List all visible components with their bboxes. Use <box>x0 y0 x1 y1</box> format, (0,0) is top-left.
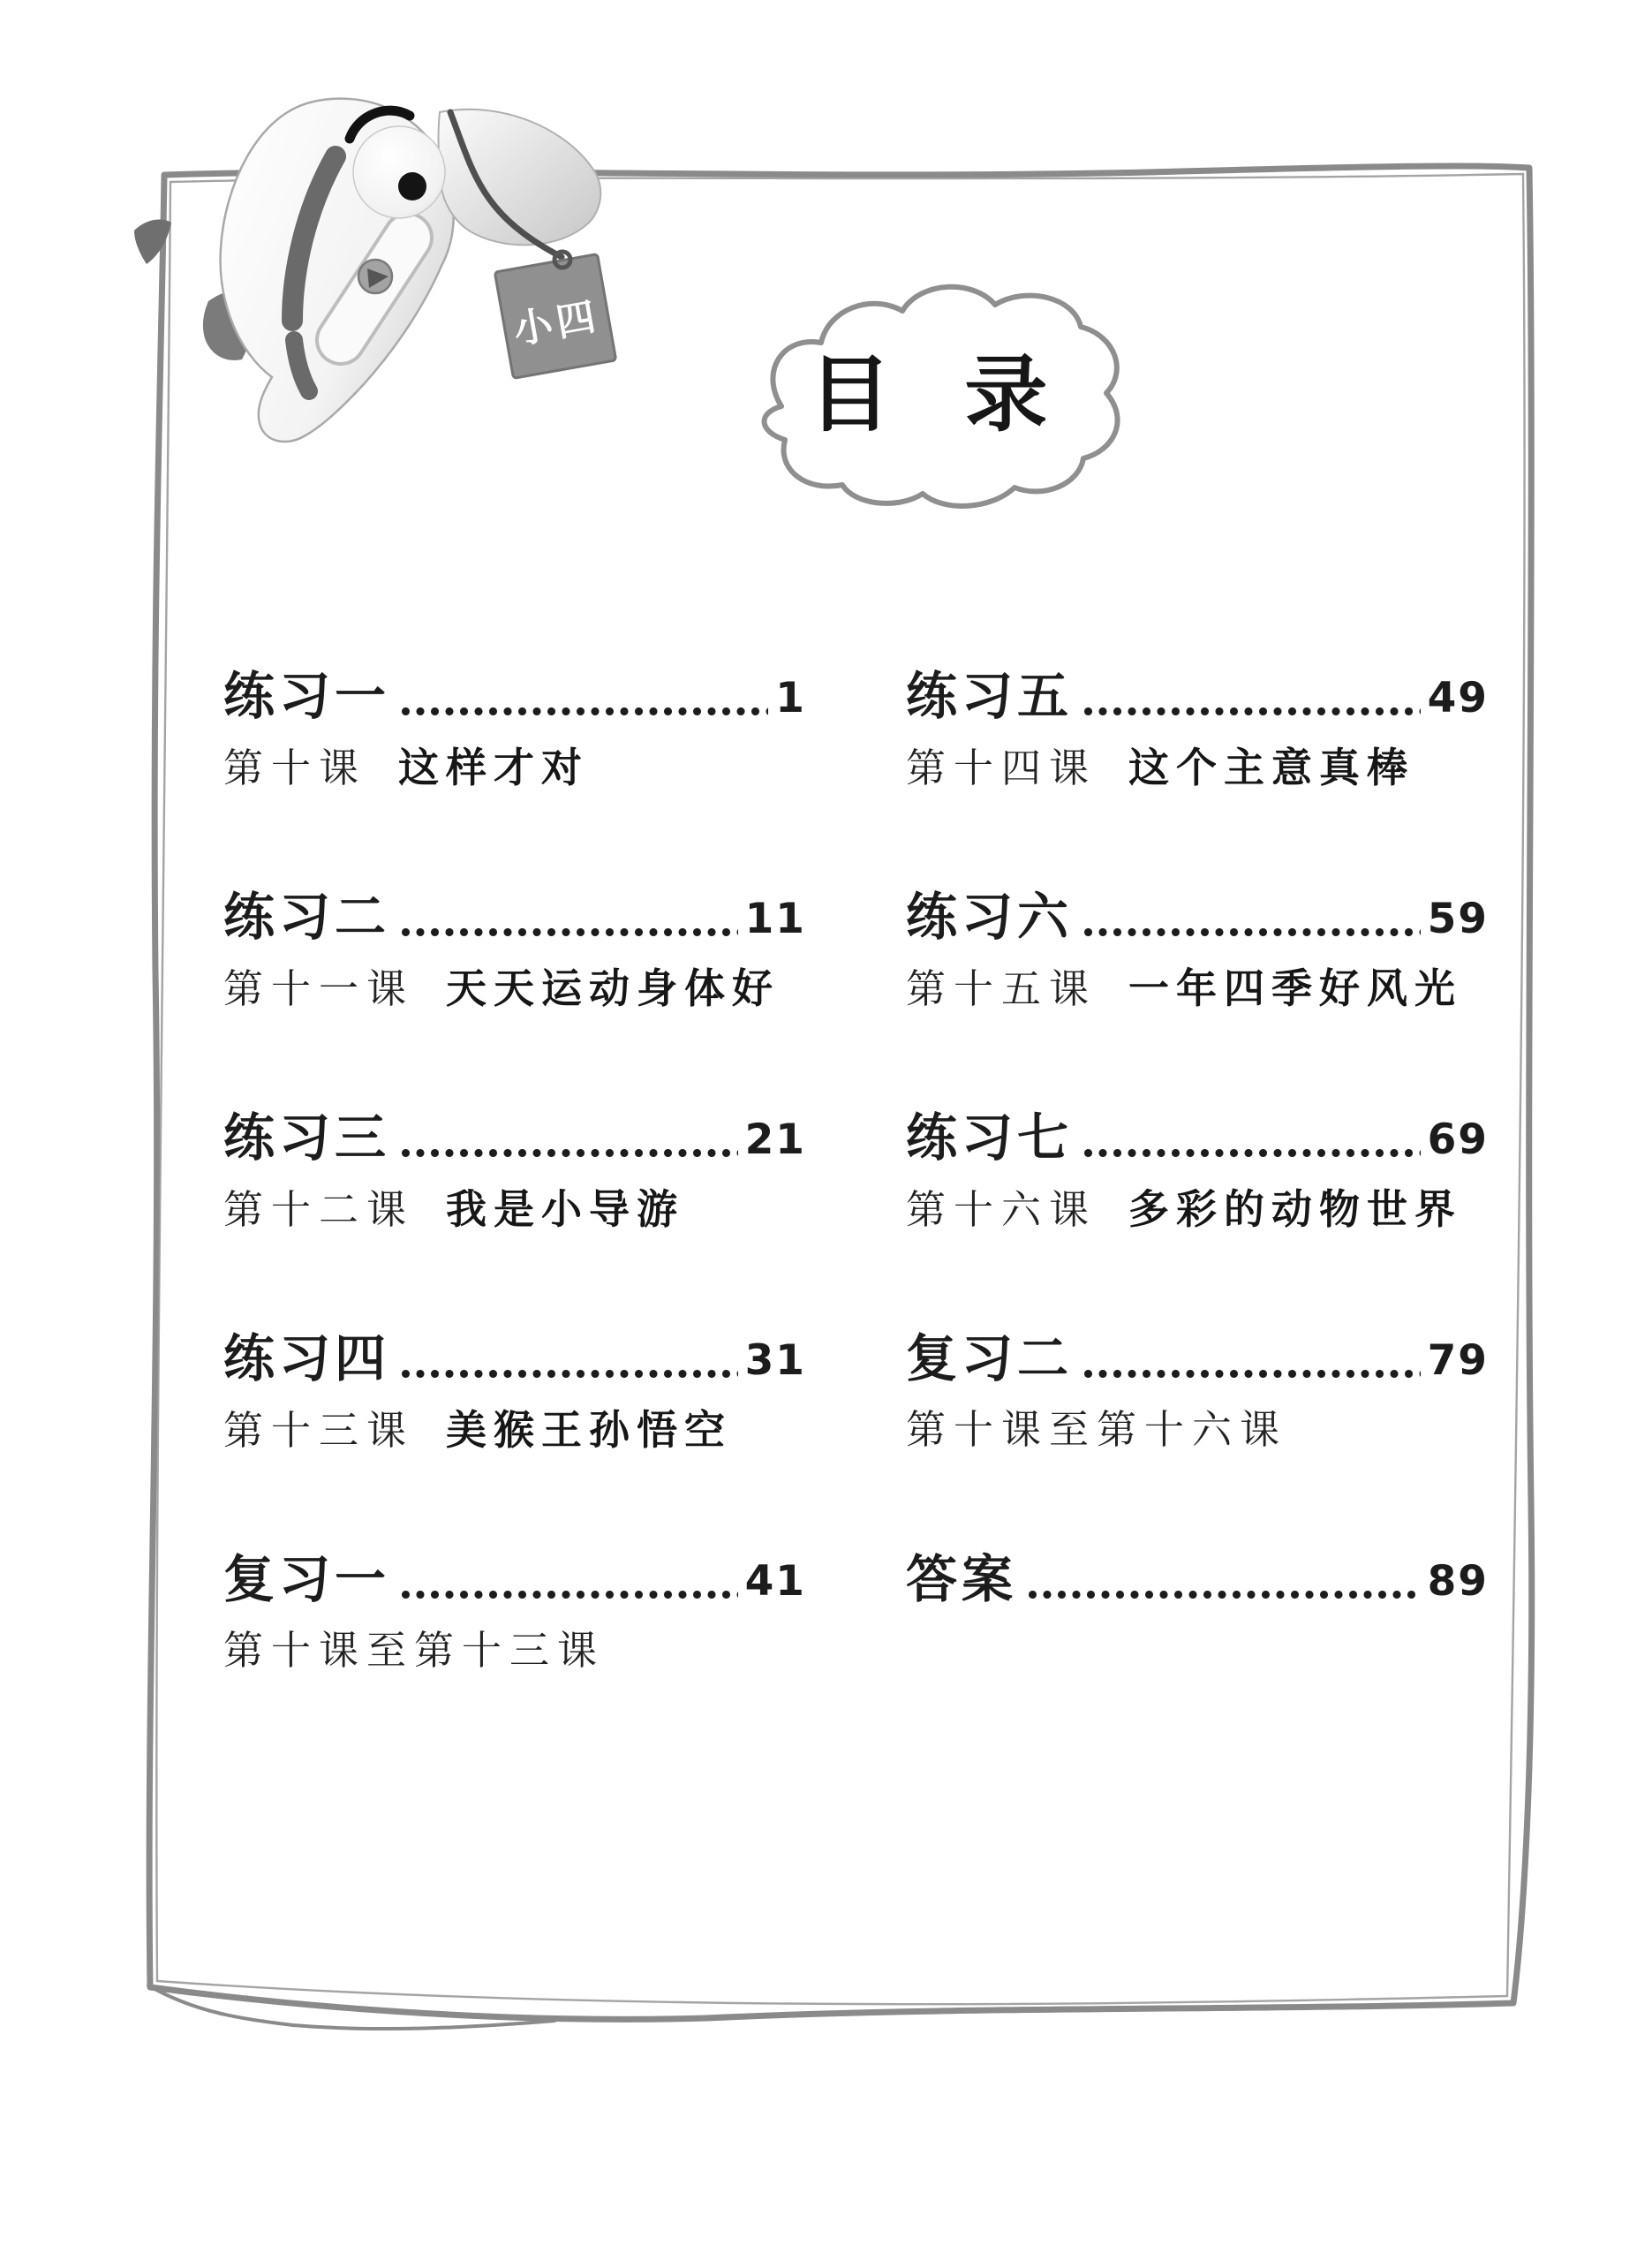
dot-leader <box>401 1590 738 1599</box>
toc-entry-lesson-number: 第十四课 <box>906 742 1097 795</box>
toc-entry-lesson-title: 一年四季好风光 <box>1128 962 1462 1015</box>
toc-entry: 复习一 41 第十课至第十三课 <box>223 1541 806 1762</box>
mascot-snout <box>439 110 601 246</box>
toc-entry-page-number: 21 <box>745 1108 806 1172</box>
toc-entry-lesson-title: 这样才对 <box>398 741 589 794</box>
dot-leader <box>401 1148 738 1158</box>
mascot-rocket-fish: 小四 <box>132 75 627 455</box>
toc-entry: 复习二 79 第十课至第十六课 <box>906 1320 1489 1541</box>
mascot-eye <box>353 126 445 218</box>
toc-entry-heading: 练习五 <box>906 662 1073 730</box>
toc-entry-lesson-range: 第十课至第十三课 <box>223 1624 605 1677</box>
dot-leader <box>1083 1369 1421 1379</box>
toc-entry: 答案 89 <box>906 1541 1489 1762</box>
toc-entry-heading: 复习一 <box>223 1545 390 1614</box>
toc-entry-heading: 练习一 <box>223 662 390 730</box>
toc-entry-heading: 练习三 <box>223 1103 390 1172</box>
toc-entry-heading: 练习四 <box>223 1324 390 1393</box>
grade-tag: 小四 <box>494 254 615 379</box>
toc-column-right: 练习五 49 第十四课 这个主意真棒 练习六 59 第十五课 一年四季好风光 练… <box>906 658 1489 1762</box>
toc-entry-lesson-title: 天天运动身体好 <box>446 962 780 1015</box>
toc-entry-page-number: 69 <box>1428 1108 1489 1172</box>
toc-entry: 练习一 1 第十课 这样才对 <box>223 658 806 879</box>
toc-entry: 练习五 49 第十四课 这个主意真棒 <box>906 658 1489 879</box>
toc-entry-lesson-number: 第十三课 <box>223 1404 414 1457</box>
toc-entry-lesson-number: 第十课 <box>223 742 366 795</box>
dot-leader <box>1083 707 1421 716</box>
toc-entry-lesson-title: 这个主意真棒 <box>1128 741 1414 794</box>
dot-leader <box>401 927 738 937</box>
toc-entry-heading: 答案 <box>906 1545 1017 1614</box>
toc-entry-lesson-number: 第十六课 <box>906 1183 1097 1236</box>
toc-entry-page-number: 11 <box>745 888 806 951</box>
dot-leader <box>1028 1590 1421 1599</box>
toc-column-left: 练习一 1 第十课 这样才对 练习二 11 第十一课 天天运动身体好 练习三 <box>223 658 806 1762</box>
dot-leader <box>401 1369 738 1379</box>
mascot-tail <box>134 220 171 264</box>
toc-entry-lesson-range: 第十课至第十六课 <box>906 1403 1287 1456</box>
dot-leader <box>1083 927 1421 937</box>
mascot-pupil <box>398 172 426 200</box>
toc-entry-lesson-number: 第十二课 <box>223 1183 414 1236</box>
toc-entry: 练习四 31 第十三课 美猴王孙悟空 <box>223 1320 806 1541</box>
toc-entry-lesson-title: 美猴王孙悟空 <box>446 1403 732 1456</box>
toc-page: 小四 目 录 练习一 1 第十课 这样才对 练习二 11 <box>0 0 1652 2261</box>
toc-entry: 练习二 11 第十一课 天天运动身体好 <box>223 879 806 1100</box>
toc-entry-heading: 练习二 <box>223 882 390 951</box>
toc-entry-heading: 复习二 <box>906 1324 1073 1393</box>
toc-entry: 练习六 59 第十五课 一年四季好风光 <box>906 879 1489 1100</box>
toc-entry: 练习三 21 第十二课 我是小导游 <box>223 1100 806 1320</box>
toc-entry-page-number: 31 <box>745 1329 806 1393</box>
toc-entry-lesson-title: 多彩的动物世界 <box>1128 1183 1462 1236</box>
toc-entry-lesson-title: 我是小导游 <box>446 1183 684 1236</box>
toc-entry-heading: 练习六 <box>906 882 1073 951</box>
toc-entry-page-number: 89 <box>1428 1550 1489 1614</box>
toc-entry-page-number: 49 <box>1428 667 1489 730</box>
toc-entry-page-number: 41 <box>745 1550 806 1614</box>
toc-entry-lesson-number: 第十一课 <box>223 963 414 1016</box>
toc-entry-page-number: 79 <box>1428 1329 1489 1393</box>
toc-entry: 练习七 69 第十六课 多彩的动物世界 <box>906 1100 1489 1320</box>
toc-entry-lesson-number: 第十五课 <box>906 963 1097 1016</box>
title-cloud: 目 录 <box>720 265 1143 521</box>
toc-entry-heading: 练习七 <box>906 1103 1073 1172</box>
page-title: 目 录 <box>720 352 1143 440</box>
dot-leader <box>1083 1148 1421 1158</box>
dot-leader <box>401 707 768 716</box>
toc-entry-page-number: 1 <box>775 667 806 730</box>
toc-entry-page-number: 59 <box>1428 888 1489 951</box>
